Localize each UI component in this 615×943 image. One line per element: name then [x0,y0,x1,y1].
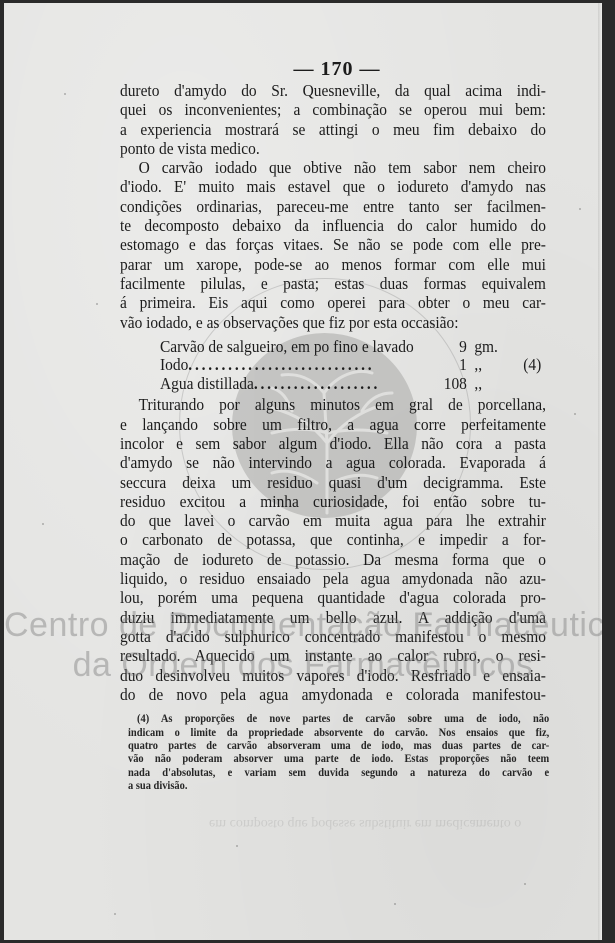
paragraph-2: O carvão iodado que obtive não tem sabor… [120,158,546,332]
footnote: (4) As proporções de nove partes de carv… [128,712,546,792]
text-line: liquido, o residuo ensaiado pela agua am… [120,569,546,588]
text-line: mação de iodureto de potassio. Da mesma … [120,550,546,569]
text-line: facilmente pilulas, e pasta; estas duas … [120,274,546,293]
text-line: condições ordinarias, pareceu-me entre t… [120,197,546,216]
recipe-row: Carvão de salgueiro, em po fino e lavado… [160,338,541,357]
scanned-page: em composto que podesse substituir em me… [4,3,602,940]
leader-dots: ............................ [188,356,429,375]
text-line: te decomposto debaixo da influencia do c… [120,216,546,235]
text-line: do que lavei o carvão em muita agua para… [120,511,546,530]
recipe-quantity: 9 [430,338,467,357]
recipe-quantity: 1 [430,356,467,375]
recipe-list: Carvão de salgueiro, em po fino e lavado… [160,338,546,394]
text-line: incolor e sem sabor algum d'iodo. Ella n… [120,434,546,453]
text-line: O carvão iodado que obtive não tem sabor… [120,158,546,177]
recipe-ingredient: Agua distillada [160,375,254,394]
text-line: seccura deixa um residuo quasi d'um deci… [120,473,546,492]
text-line: duziu immediatamente um bello azul. A ad… [120,608,546,627]
text-line: e lançando sobre um filtro, a agua corre… [120,415,546,434]
recipe-unit: ,, [467,356,512,375]
text-line: residuo excitou a minha curiosidade, foi… [120,492,546,511]
text-line: estomago e das forças vitaes. Se não se … [120,235,546,254]
recipe-unit: ,, [467,375,512,394]
leader-dots [414,338,430,357]
text-line: á primeira. Eis aqui como operei para ob… [120,293,546,312]
recipe-row: Agua distillada ................... 108 … [160,375,541,394]
page-body: — 170 — dureto d'amydo do Sr. Quesnevill… [120,59,546,793]
recipe-row: Iodo ............................ 1 ,, (… [160,356,541,375]
text-line: duo desinvolveu muitos vapores d'iodo. R… [120,666,546,685]
page-edge [598,3,602,940]
text-line: dureto d'amydo do Sr. Quesneville, da qu… [120,81,546,100]
footnote-ref [512,338,542,357]
text-line: o carbonato de potassa, que continha, e … [120,530,546,549]
recipe-unit: gm. [467,338,512,357]
text-line: gotta d'acido sulphurico concentrado man… [120,627,546,646]
text-line: d'iodo. E' muito mais estavel que o iodu… [120,177,546,196]
recipe-ingredient: Iodo [160,356,188,375]
text-line: a experiencia mostrará se attingi o meu … [120,120,546,139]
paragraph-3: Triturando por alguns minutos em gral de… [120,395,546,704]
footnote-ref [512,375,542,394]
text-line: ponto de vista medico. [120,139,546,158]
text-line: quei os inconvenientes; a combinação se … [120,100,546,119]
recipe-ingredient: Carvão de salgueiro, em po fino e lavado [160,338,414,357]
footnote-line: indicam o limite da propriedade absorven… [128,726,549,739]
text-line: vão iodado, e as observações que fiz por… [120,313,546,332]
text-line: lou, porém uma pequena quantidade d'agua… [120,588,546,607]
bleed-through-text: em composto que podesse substituir em me… [209,815,559,831]
text-line: parar um xarope, pode-se ao menos formar… [120,255,546,274]
footnote-line: nada d'absolutas, e variam sem duvida se… [128,766,549,779]
recipe-quantity: 108 [430,375,467,394]
leader-dots: ................... [254,375,430,394]
text-line: resultado. Aquecido um instante ao calor… [120,646,546,665]
footnote-ref: (4) [512,356,542,375]
page-number: — 170 — [128,59,546,81]
footnote-line: (4) As proporções de nove partes de carv… [128,712,549,725]
text-line: Triturando por alguns minutos em gral de… [120,395,546,414]
footnote-line: a sua divisão. [128,779,549,792]
footnote-line: quatro partes de carvão absorveram uma d… [128,739,549,752]
footnote-line: vão não poderam absorver uma parte de io… [128,752,549,765]
text-line: d'amydo se não intervindo a agua colorad… [120,453,546,472]
text-line: do de novo pela agua amydonada e colorad… [120,685,546,704]
paragraph-1: dureto d'amydo do Sr. Quesneville, da qu… [120,81,546,158]
